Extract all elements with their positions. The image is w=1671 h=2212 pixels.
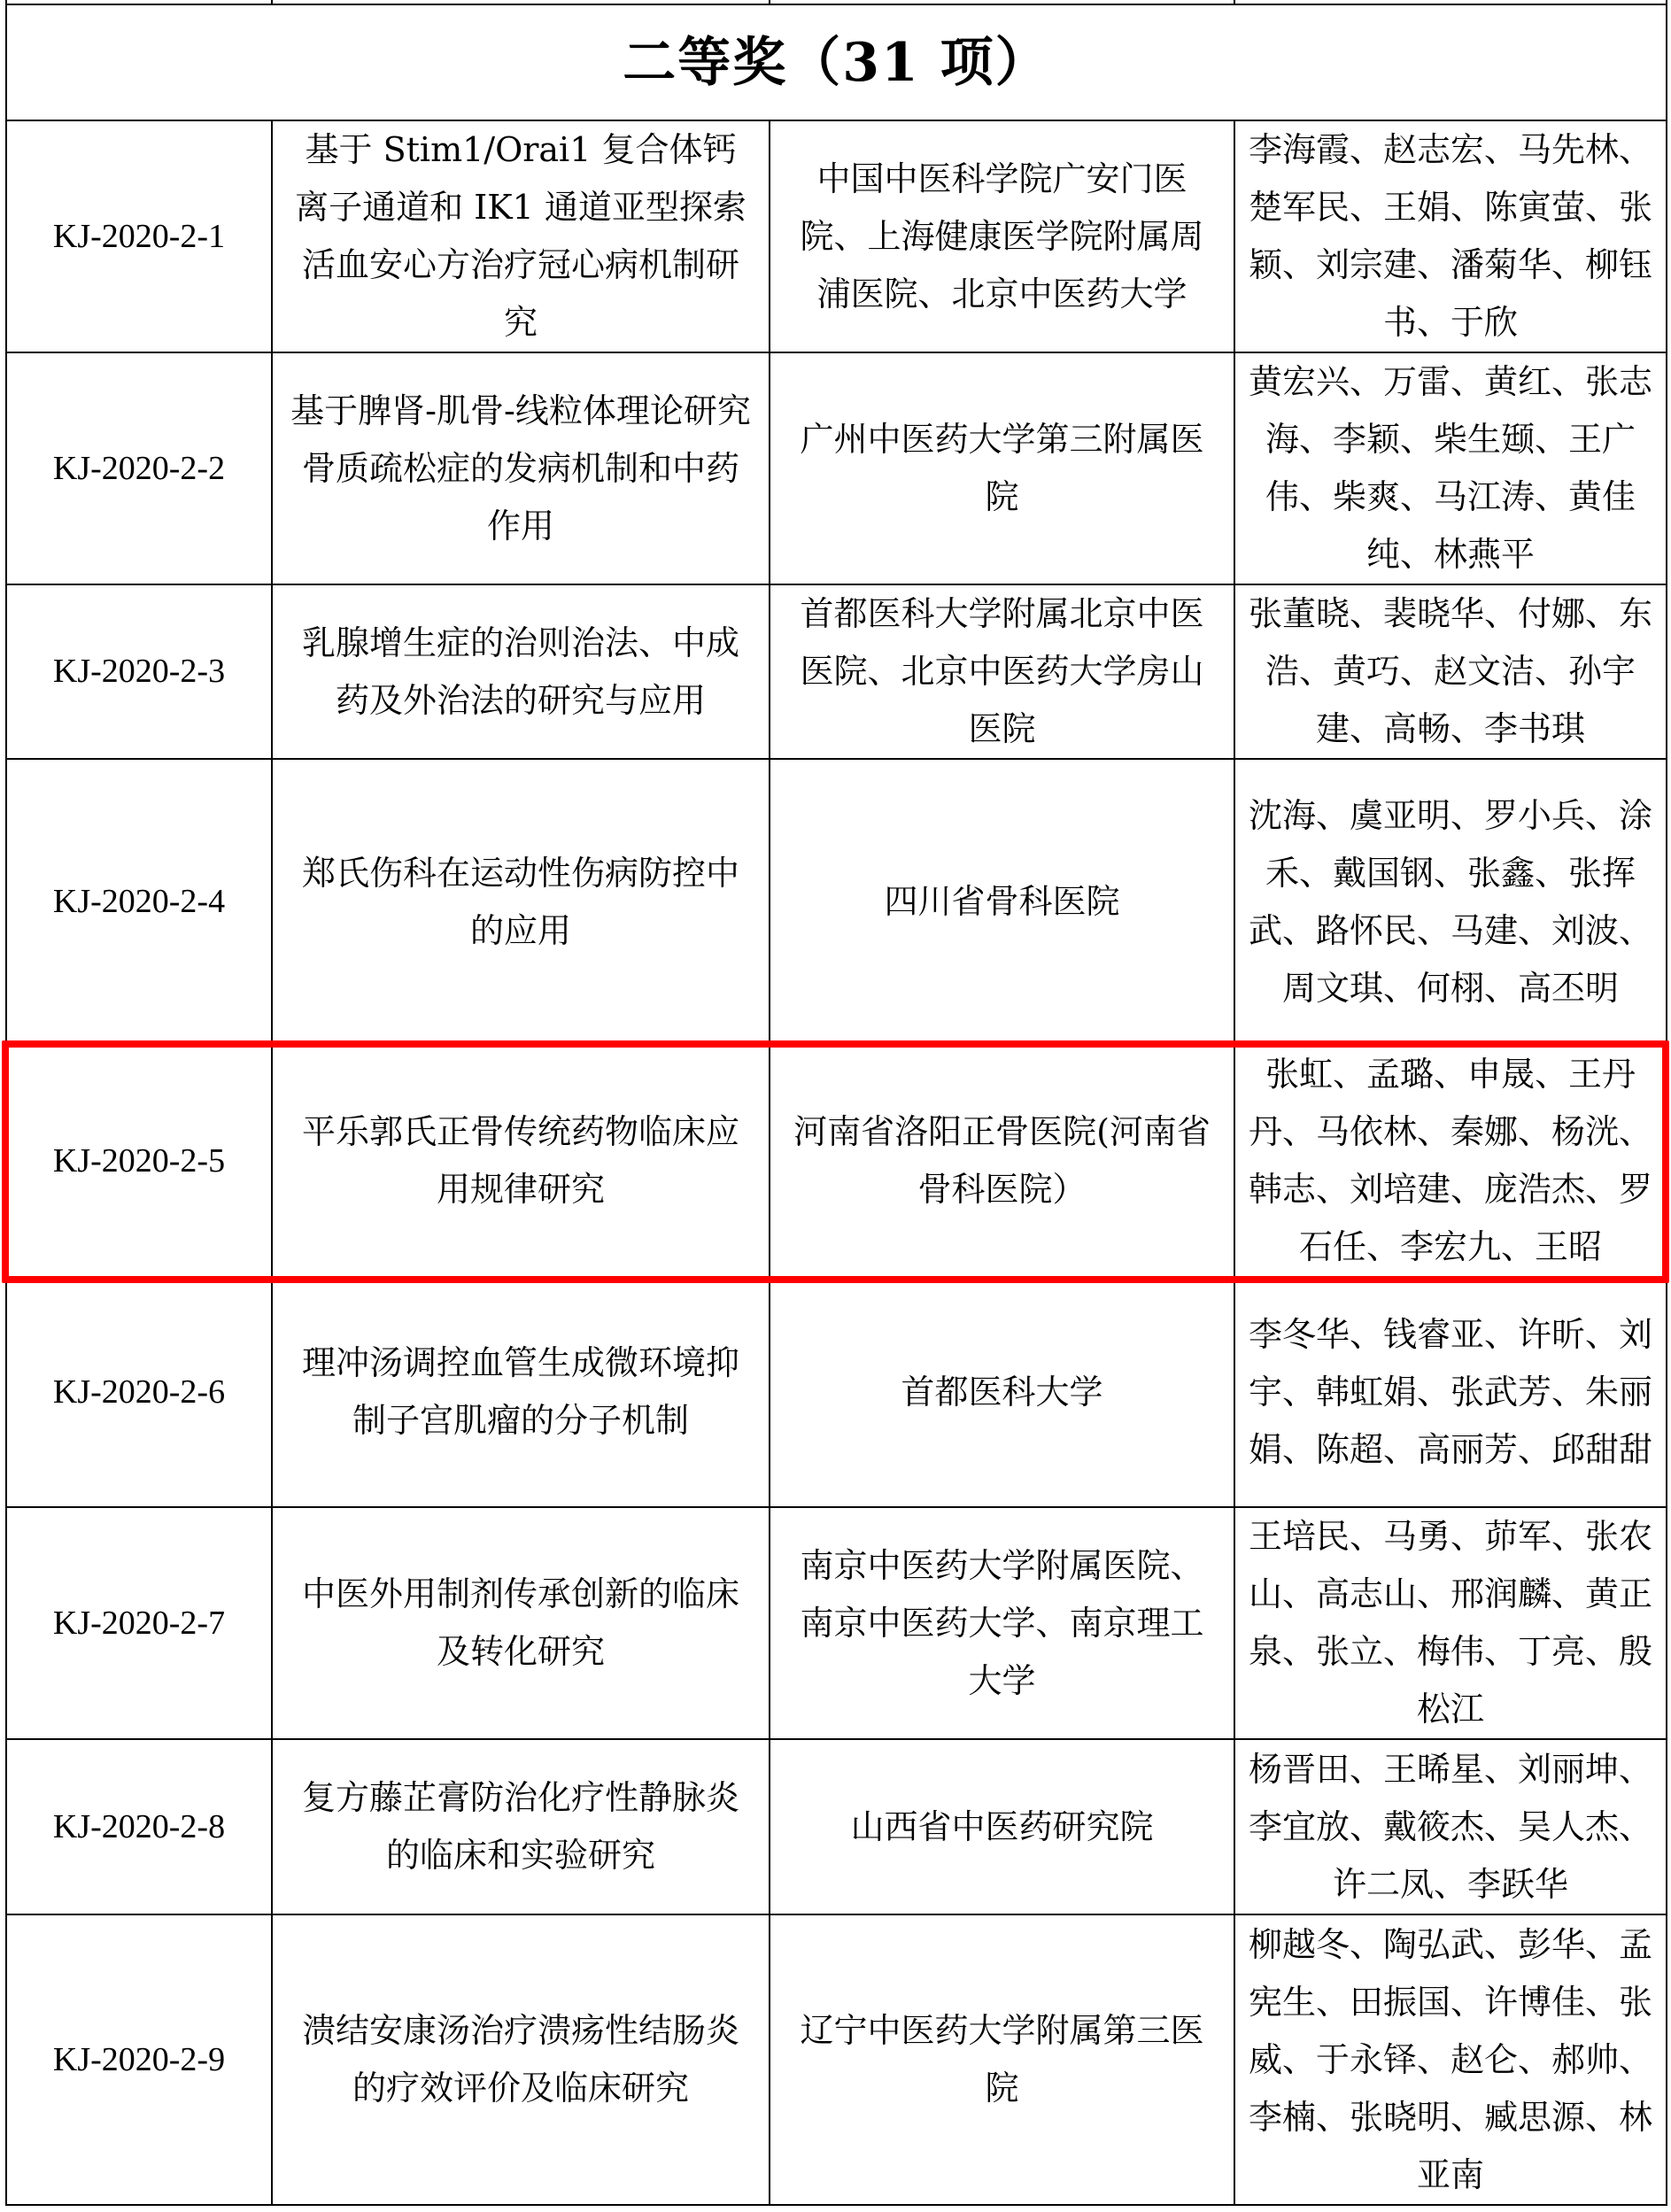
project-organization: 山西省中医药研究院	[770, 1739, 1234, 1914]
project-id: KJ-2020-2-4	[6, 759, 272, 1045]
project-organization: 河南省洛阳正骨医院(河南省骨科医院）	[770, 1045, 1234, 1277]
project-name: 溃结安康汤治疗溃疡性结肠炎的疗效评价及临床研究	[272, 1914, 770, 2205]
project-organization: 首都医科大学附属北京中医医院、北京中医药大学房山医院	[770, 584, 1234, 759]
project-id: KJ-2020-2-5	[6, 1045, 272, 1277]
project-people: 李冬华、钱睿亚、许昕、刘宇、韩虹娟、张武芳、朱丽娟、陈超、高丽芳、邱甜甜	[1234, 1277, 1667, 1507]
awards-table: 二等奖（31 项） KJ-2020-2-1 基于 Stim1/Orai1 复合体…	[5, 0, 1667, 2206]
project-people: 李海霞、赵志宏、马先林、楚军民、王娟、陈寅萤、张颖、刘宗建、潘菊华、柳钰书、于欣	[1234, 120, 1667, 352]
table-row: KJ-2020-2-8 复方藤芷膏防治化疗性静脉炎的临床和实验研究 山西省中医药…	[6, 1739, 1667, 1914]
project-id: KJ-2020-2-9	[6, 1914, 272, 2205]
table-row: KJ-2020-2-1 基于 Stim1/Orai1 复合体钙离子通道和 IK1…	[6, 120, 1667, 352]
table-row: KJ-2020-2-2 基于脾肾-肌骨-线粒体理论研究骨质疏松症的发病机制和中药…	[6, 352, 1667, 584]
project-id: KJ-2020-2-3	[6, 584, 272, 759]
project-name: 理冲汤调控血管生成微环境抑制子宫肌瘤的分子机制	[272, 1277, 770, 1507]
table-row: KJ-2020-2-4 郑氏伤科在运动性伤病防控中的应用 四川省骨科医院 沈海、…	[6, 759, 1667, 1045]
project-organization: 中国中医科学院广安门医院、上海健康医学院附属周浦医院、北京中医药大学	[770, 120, 1234, 352]
project-id: KJ-2020-2-1	[6, 120, 272, 352]
project-organization: 辽宁中医药大学附属第三医院	[770, 1914, 1234, 2205]
project-name: 平乐郭氏正骨传统药物临床应用规律研究	[272, 1045, 770, 1277]
project-name: 郑氏伤科在运动性伤病防控中的应用	[272, 759, 770, 1045]
project-id: KJ-2020-2-8	[6, 1739, 272, 1914]
table-row: KJ-2020-2-9 溃结安康汤治疗溃疡性结肠炎的疗效评价及临床研究 辽宁中医…	[6, 1914, 1667, 2205]
table-row: KJ-2020-2-6 理冲汤调控血管生成微环境抑制子宫肌瘤的分子机制 首都医科…	[6, 1277, 1667, 1507]
project-id: KJ-2020-2-6	[6, 1277, 272, 1507]
project-organization: 广州中医药大学第三附属医院	[770, 352, 1234, 584]
project-people: 沈海、虞亚明、罗小兵、涂禾、戴国钢、张鑫、张挥武、路怀民、马建、刘波、周文琪、何…	[1234, 759, 1667, 1045]
table-row-highlighted: KJ-2020-2-5 平乐郭氏正骨传统药物临床应用规律研究 河南省洛阳正骨医院…	[6, 1045, 1667, 1277]
section-title-row: 二等奖（31 项）	[6, 4, 1667, 120]
project-organization: 首都医科大学	[770, 1277, 1234, 1507]
project-name: 基于 Stim1/Orai1 复合体钙离子通道和 IK1 通道亚型探索活血安心方…	[272, 120, 770, 352]
project-people: 柳越冬、陶弘武、彭华、孟宪生、田振国、许博佳、张威、于永铎、赵仑、郝帅、李楠、张…	[1234, 1914, 1667, 2205]
project-people: 杨晋田、王晞星、刘丽坤、李宜放、戴筱杰、吴人杰、许二凤、李跃华	[1234, 1739, 1667, 1914]
project-organization: 四川省骨科医院	[770, 759, 1234, 1045]
project-name: 乳腺增生症的治则治法、中成药及外治法的研究与应用	[272, 584, 770, 759]
project-id: KJ-2020-2-7	[6, 1507, 272, 1739]
project-id: KJ-2020-2-2	[6, 352, 272, 584]
project-people: 黄宏兴、万雷、黄红、张志海、李颖、柴生颋、王广伟、柴爽、马江涛、黄佳纯、林燕平	[1234, 352, 1667, 584]
table-row: KJ-2020-2-7 中医外用制剂传承创新的临床及转化研究 南京中医药大学附属…	[6, 1507, 1667, 1739]
section-title: 二等奖（31 项）	[6, 4, 1667, 120]
project-people: 张虹、孟璐、申晟、王丹丹、马依林、秦娜、杨洸、韩志、刘培建、庞浩杰、罗石任、李宏…	[1234, 1045, 1667, 1277]
table-row: KJ-2020-2-3 乳腺增生症的治则治法、中成药及外治法的研究与应用 首都医…	[6, 584, 1667, 759]
awards-document: 二等奖（31 项） KJ-2020-2-1 基于 Stim1/Orai1 复合体…	[5, 0, 1666, 2206]
project-people: 王培民、马勇、茆军、张农山、高志山、邢润麟、黄正泉、张立、梅伟、丁亮、殷松江	[1234, 1507, 1667, 1739]
project-name: 中医外用制剂传承创新的临床及转化研究	[272, 1507, 770, 1739]
project-organization: 南京中医药大学附属医院、南京中医药大学、南京理工大学	[770, 1507, 1234, 1739]
project-name: 复方藤芷膏防治化疗性静脉炎的临床和实验研究	[272, 1739, 770, 1914]
project-name: 基于脾肾-肌骨-线粒体理论研究骨质疏松症的发病机制和中药作用	[272, 352, 770, 584]
project-people: 张董晓、裴晓华、付娜、东浩、黄巧、赵文洁、孙宇建、高畅、李书琪	[1234, 584, 1667, 759]
